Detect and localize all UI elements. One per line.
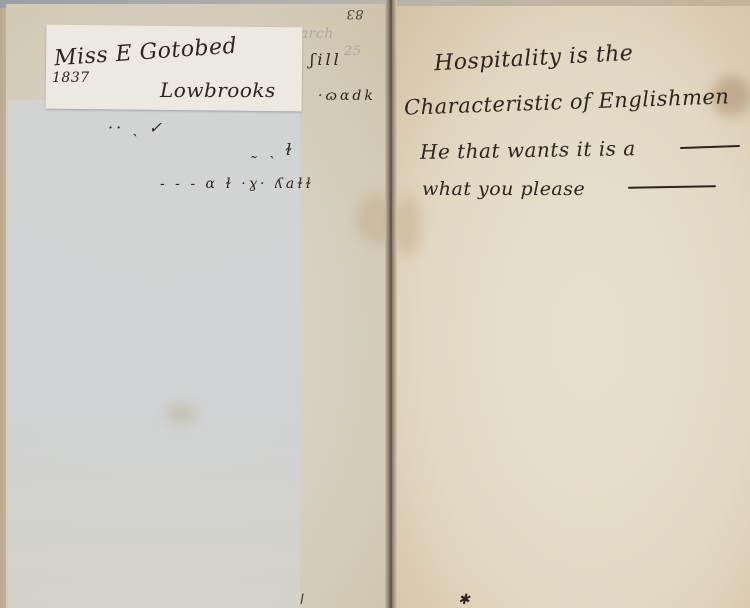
ink-fragment: - - - ɑ ɫ ·ɣ· ʎaɫɫ — [160, 176, 314, 192]
page-number-top: 83 — [346, 6, 364, 21]
ink-mark: ✱ — [458, 592, 473, 608]
book-photo: March 83 25 Miss E Gotobed 1837 Lowbrook… — [0, 0, 750, 608]
ink-fragment: ʃill — [310, 50, 342, 69]
foxing-stain — [166, 404, 196, 424]
inscription-line-4: what you please — [422, 178, 585, 200]
ink-fragment: ·· ˎ ✓ — [108, 118, 165, 138]
owner-place: Lowbrooks — [160, 78, 276, 102]
inscription-year: 1837 — [52, 70, 90, 86]
book-spine-gutter — [385, 0, 397, 608]
inscription-line-3: He that wants it is a — [420, 136, 636, 164]
ink-fragment: ˷ ˎ ɫ — [250, 140, 295, 160]
ink-mark: ǀ — [300, 592, 307, 608]
ink-fragment: ·ɷɑdk — [318, 88, 376, 104]
page-number-bottom: 25 — [344, 44, 362, 59]
